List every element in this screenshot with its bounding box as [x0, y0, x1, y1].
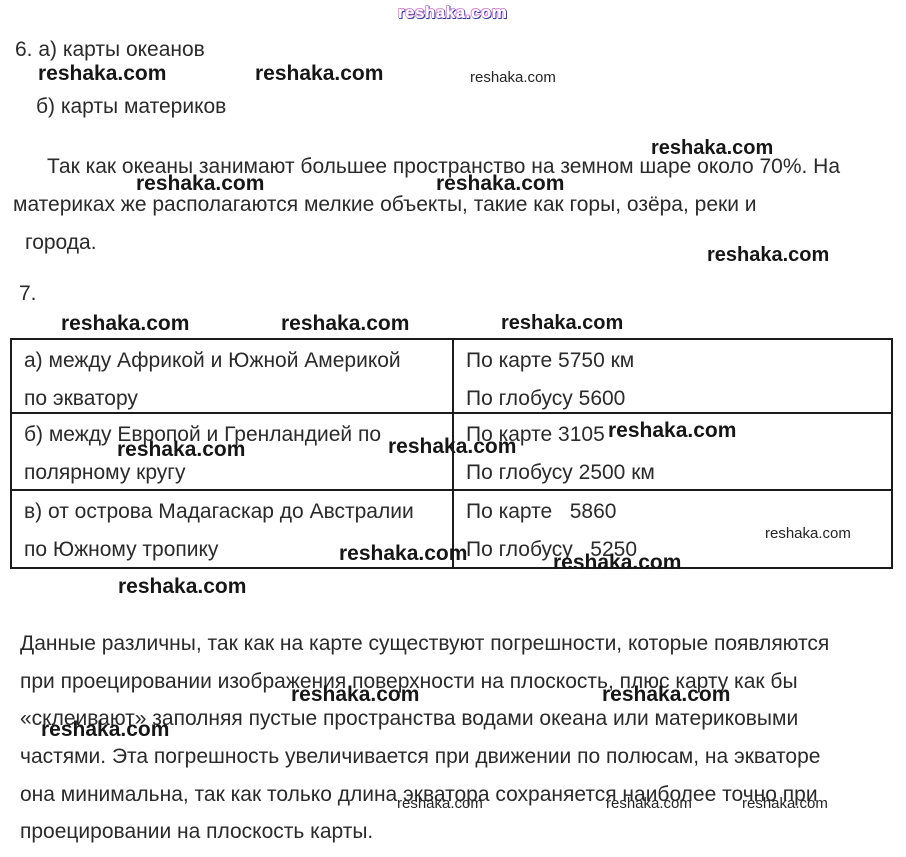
- watermark-text: reshaka.com: [651, 138, 773, 158]
- watermark-text: reshaka.com: [765, 526, 851, 541]
- watermark-text: reshaka.com: [281, 313, 409, 334]
- watermark-text: reshaka.com: [606, 796, 692, 811]
- watermark-text: reshaka.com: [339, 543, 467, 564]
- watermark-text: reshaka.com: [397, 796, 483, 811]
- watermark-text: reshaka.com: [470, 70, 556, 85]
- watermark-text: reshaka.com: [117, 439, 245, 460]
- watermark-text: reshaka.com: [501, 313, 623, 333]
- watermark-text: reshaka.com: [608, 420, 736, 441]
- watermark-text: reshaka.com: [136, 173, 264, 194]
- watermark-text: reshaka.com: [742, 796, 828, 811]
- document-page: { "page": { "background": "#ffffff", "te…: [0, 0, 906, 857]
- watermark-text: reshaka.com: [291, 684, 419, 705]
- watermark-text: reshaka.com: [602, 684, 730, 705]
- watermark-text: reshaka.com: [41, 719, 169, 740]
- watermark-text: reshaka.com: [388, 436, 516, 457]
- watermark-text: reshaka.com: [118, 576, 246, 597]
- watermark-text: reshaka.com: [61, 313, 189, 334]
- watermark-text: reshaka.com: [436, 173, 564, 194]
- watermark-layer: reshaka.comreshaka.comreshaka.comreshaka…: [0, 0, 906, 857]
- watermark-text: reshaka.com: [707, 245, 829, 265]
- watermark-text: reshaka.com: [38, 63, 166, 84]
- watermark-text: reshaka.com: [553, 552, 681, 573]
- watermark-text: reshaka.com: [398, 4, 507, 21]
- watermark-text: reshaka.com: [255, 63, 383, 84]
